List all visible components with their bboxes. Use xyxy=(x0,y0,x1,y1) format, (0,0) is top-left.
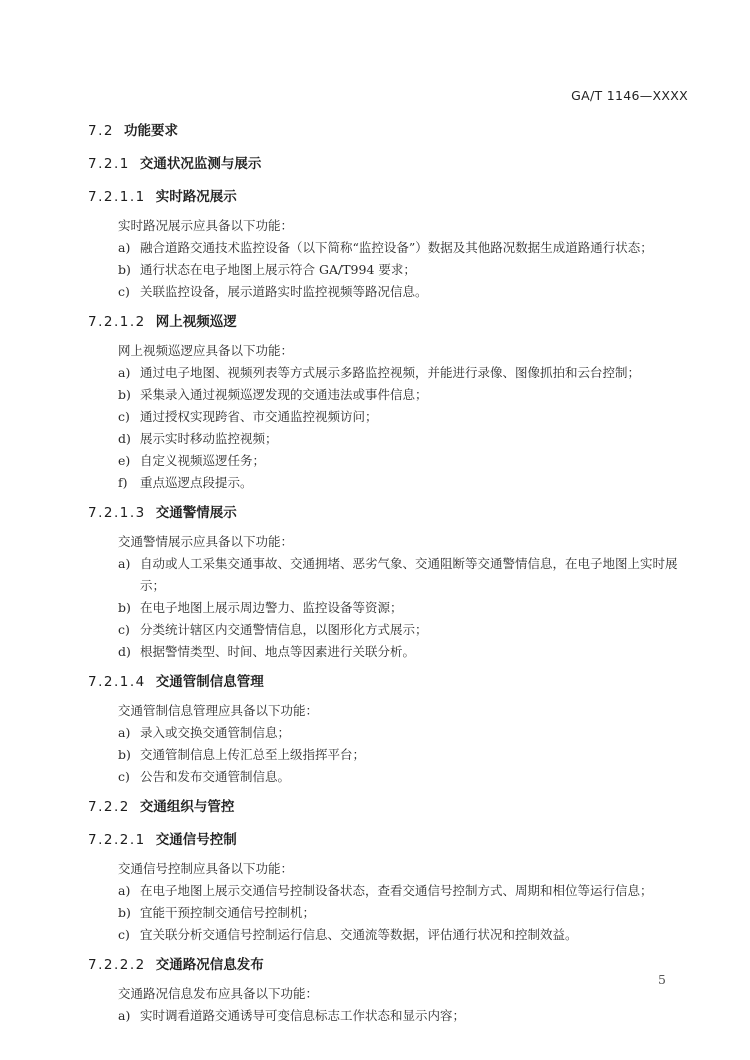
list-marker: c) xyxy=(118,924,140,946)
list-item: c)分类统计辖区内交通警情信息，以图形化方式展示； xyxy=(88,619,688,641)
page-number: 5 xyxy=(658,972,666,987)
list-marker: a) xyxy=(118,237,140,259)
section-number: 7.2.1.2 xyxy=(88,314,146,330)
list-text: 宜能干预控制交通信号控制机； xyxy=(140,902,688,924)
list-item: c)关联监控设备，展示道路实时监控视频等路况信息。 xyxy=(88,281,688,303)
list-text: 展示实时移动监控视频； xyxy=(140,428,688,450)
section-title: 交通警情展示 xyxy=(156,505,237,521)
list-item: b)交通管制信息上传汇总至上级指挥平台； xyxy=(88,744,688,766)
list-marker: b) xyxy=(118,384,140,406)
section-intro: 交通路况信息发布应具备以下功能： xyxy=(88,983,688,1005)
list-item: b)采集录入通过视频巡逻发现的交通违法或事件信息； xyxy=(88,384,688,406)
list-marker: c) xyxy=(118,766,140,788)
list-item: c)公告和发布交通管制信息。 xyxy=(88,766,688,788)
list-text: 宜关联分析交通信号控制运行信息、交通流等数据，评估通行状况和控制效益。 xyxy=(140,924,688,946)
list-marker: a) xyxy=(118,553,140,597)
list-marker: c) xyxy=(118,619,140,641)
section-heading: 7.2.2.2交通路况信息发布 xyxy=(88,952,688,979)
list-text: 实时调看道路交通诱导可变信息标志工作状态和显示内容； xyxy=(140,1005,688,1027)
list-text: 自动或人工采集交通事故、交通拥堵、恶劣气象、交通阻断等交通警情信息，在电子地图上… xyxy=(140,553,688,597)
list-item: f)重点巡逻点段提示。 xyxy=(88,472,688,494)
section-title: 网上视频巡逻 xyxy=(156,314,237,330)
section-number: 7.2.1.1 xyxy=(88,189,146,205)
list-item: c)宜关联分析交通信号控制运行信息、交通流等数据，评估通行状况和控制效益。 xyxy=(88,924,688,946)
list-text: 关联监控设备，展示道路实时监控视频等路况信息。 xyxy=(140,281,688,303)
section-heading: 7.2.2.1交通信号控制 xyxy=(88,827,688,854)
list-text: 融合道路交通技术监控设备（以下简称“监控设备”）数据及其他路况数据生成道路通行状… xyxy=(140,237,688,259)
list-item: a)融合道路交通技术监控设备（以下简称“监控设备”）数据及其他路况数据生成道路通… xyxy=(88,237,688,259)
list-item: b)在电子地图上展示周边警力、监控设备等资源； xyxy=(88,597,688,619)
standard-code: GA/T 1146—XXXX xyxy=(571,88,688,103)
section-intro: 交通警情展示应具备以下功能： xyxy=(88,531,688,553)
list-text: 录入或交换交通管制信息； xyxy=(140,722,688,744)
section-title: 交通信号控制 xyxy=(156,832,237,848)
list-text: 根据警情类型、时间、地点等因素进行关联分析。 xyxy=(140,641,688,663)
section-title: 交通管制信息管理 xyxy=(156,674,264,690)
list-marker: d) xyxy=(118,641,140,663)
section-heading: 7.2.1.2网上视频巡逻 xyxy=(88,309,688,336)
list-item: a)通过电子地图、视频列表等方式展示多路监控视频，并能进行录像、图像抓拍和云台控… xyxy=(88,362,688,384)
section-heading: 7.2.2交通组织与管控 xyxy=(88,794,688,821)
document-body: 7.2功能要求 7.2.1交通状况监测与展示 7.2.1.1实时路况展示 实时路… xyxy=(88,118,688,1027)
list-marker: a) xyxy=(118,880,140,902)
list-text: 通过授权实现跨省、市交通监控视频访问； xyxy=(140,406,688,428)
list-text: 分类统计辖区内交通警情信息，以图形化方式展示； xyxy=(140,619,688,641)
section-intro: 实时路况展示应具备以下功能： xyxy=(88,215,688,237)
section-heading: 7.2.1.4交通管制信息管理 xyxy=(88,669,688,696)
list-text: 通行状态在电子地图上展示符合 GA/T994 要求； xyxy=(140,259,688,281)
section-number: 7.2.1.4 xyxy=(88,674,146,690)
list-item: a)实时调看道路交通诱导可变信息标志工作状态和显示内容； xyxy=(88,1005,688,1027)
list-item: d)根据警情类型、时间、地点等因素进行关联分析。 xyxy=(88,641,688,663)
list-marker: a) xyxy=(118,1005,140,1027)
list-item: b)通行状态在电子地图上展示符合 GA/T994 要求； xyxy=(88,259,688,281)
list-marker: a) xyxy=(118,362,140,384)
list-marker: b) xyxy=(118,597,140,619)
list-item: b)宜能干预控制交通信号控制机； xyxy=(88,902,688,924)
list-item: e)自定义视频巡逻任务； xyxy=(88,450,688,472)
section-number: 7.2.2.1 xyxy=(88,832,146,848)
section-title: 交通状况监测与展示 xyxy=(140,156,262,172)
section-number: 7.2 xyxy=(88,123,114,139)
section-title: 实时路况展示 xyxy=(156,189,237,205)
section-heading: 7.2.1.3交通警情展示 xyxy=(88,500,688,527)
list-text: 在电子地图上展示周边警力、监控设备等资源； xyxy=(140,597,688,619)
list-marker: a) xyxy=(118,722,140,744)
section-number: 7.2.1.3 xyxy=(88,505,146,521)
section-title: 交通组织与管控 xyxy=(140,799,235,815)
section-title: 交通路况信息发布 xyxy=(156,957,264,973)
section-heading: 7.2.1.1实时路况展示 xyxy=(88,184,688,211)
section-intro: 网上视频巡逻应具备以下功能： xyxy=(88,340,688,362)
section-intro: 交通信号控制应具备以下功能： xyxy=(88,858,688,880)
list-marker: d) xyxy=(118,428,140,450)
list-text: 交通管制信息上传汇总至上级指挥平台； xyxy=(140,744,688,766)
list-marker: f) xyxy=(118,472,140,494)
section-number: 7.2.2.2 xyxy=(88,957,146,973)
list-item: a)自动或人工采集交通事故、交通拥堵、恶劣气象、交通阻断等交通警情信息，在电子地… xyxy=(88,553,688,597)
list-item: a)录入或交换交通管制信息； xyxy=(88,722,688,744)
section-number: 7.2.2 xyxy=(88,799,130,815)
list-text: 采集录入通过视频巡逻发现的交通违法或事件信息； xyxy=(140,384,688,406)
list-marker: c) xyxy=(118,281,140,303)
list-text: 在电子地图上展示交通信号控制设备状态，查看交通信号控制方式、周期和相位等运行信息… xyxy=(140,880,688,902)
list-text: 自定义视频巡逻任务； xyxy=(140,450,688,472)
list-text: 重点巡逻点段提示。 xyxy=(140,472,688,494)
list-text: 公告和发布交通管制信息。 xyxy=(140,766,688,788)
section-heading: 7.2.1交通状况监测与展示 xyxy=(88,151,688,178)
list-marker: b) xyxy=(118,259,140,281)
section-heading: 7.2功能要求 xyxy=(88,118,688,145)
list-item: d)展示实时移动监控视频； xyxy=(88,428,688,450)
list-item: c)通过授权实现跨省、市交通监控视频访问； xyxy=(88,406,688,428)
section-number: 7.2.1 xyxy=(88,156,130,172)
list-text: 通过电子地图、视频列表等方式展示多路监控视频，并能进行录像、图像抓拍和云台控制； xyxy=(140,362,688,384)
section-title: 功能要求 xyxy=(124,123,178,139)
list-marker: c) xyxy=(118,406,140,428)
list-item: a)在电子地图上展示交通信号控制设备状态，查看交通信号控制方式、周期和相位等运行… xyxy=(88,880,688,902)
list-marker: b) xyxy=(118,902,140,924)
list-marker: e) xyxy=(118,450,140,472)
list-marker: b) xyxy=(118,744,140,766)
section-intro: 交通管制信息管理应具备以下功能： xyxy=(88,700,688,722)
